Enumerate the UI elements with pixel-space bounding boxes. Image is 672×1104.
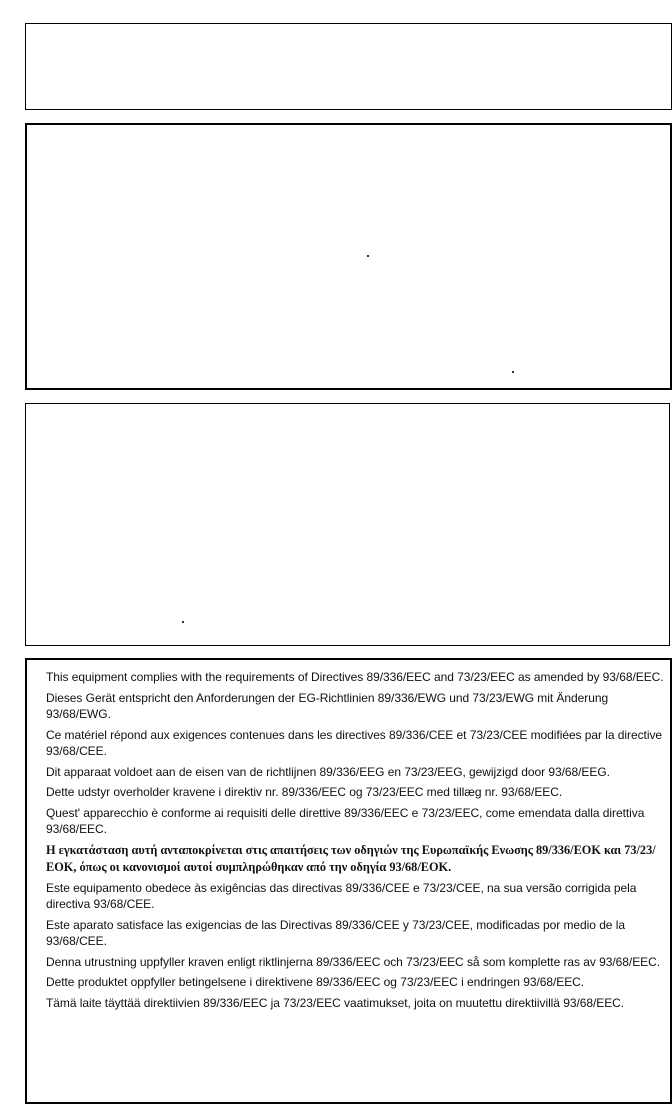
compliance-text-nl: Dit apparaat voldoet aan de eisen van de… bbox=[46, 764, 666, 781]
scan-speck bbox=[182, 621, 184, 623]
compliance-text-fi: Tämä laite täyttää direktiivien 89/336/E… bbox=[46, 995, 666, 1012]
scan-speck bbox=[367, 255, 369, 257]
compliance-paragraphs: This equipment complies with the require… bbox=[46, 669, 666, 1015]
compliance-text-no: Dette produktet oppfyller betingelsene i… bbox=[46, 974, 666, 991]
compliance-text-it: Quest' apparecchio è conforme ai requisi… bbox=[46, 805, 666, 838]
compliance-text-en: This equipment complies with the require… bbox=[46, 669, 666, 686]
compliance-text-el: Η εγκατάσταση αυτή ανταποκρίνεται στις α… bbox=[46, 842, 666, 876]
compliance-text-pt: Este equipamento obedece às exigências d… bbox=[46, 880, 666, 913]
empty-frame-3 bbox=[25, 403, 670, 646]
empty-frame-1 bbox=[25, 23, 672, 110]
compliance-text-de: Dieses Gerät entspricht den Anforderunge… bbox=[46, 690, 666, 723]
compliance-text-sv: Denna utrustning uppfyller kraven enligt… bbox=[46, 954, 666, 971]
empty-frame-2 bbox=[25, 123, 672, 390]
compliance-text-es: Este aparato satisface las exigencias de… bbox=[46, 917, 666, 950]
scan-speck bbox=[512, 371, 514, 373]
compliance-text-da: Dette udstyr overholder kravene i direkt… bbox=[46, 784, 666, 801]
ce-compliance-notice: This equipment complies with the require… bbox=[25, 658, 672, 1104]
compliance-text-fr: Ce matériel répond aux exigences contenu… bbox=[46, 727, 666, 760]
